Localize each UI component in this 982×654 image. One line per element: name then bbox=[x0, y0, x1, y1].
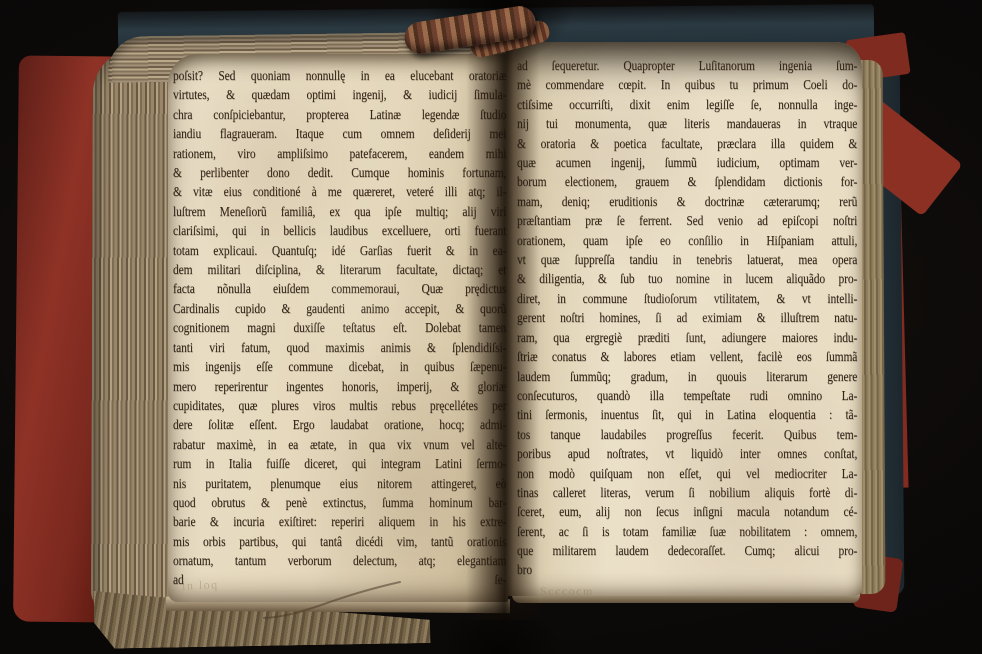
right-page-text: ad ſequeretur. Quapropter Luſitanorum in… bbox=[517, 56, 857, 561]
text-line: quod obrutus & penè extinctus, ſumma hom… bbox=[173, 493, 506, 512]
text-line: diret, in commune ſtudioſorum vtilitatem… bbox=[517, 289, 857, 308]
text-line: nij tui monumenta, quæ literis mandauera… bbox=[517, 114, 857, 133]
text-line: & perlibenter dono dedit. Cumque hominis… bbox=[173, 163, 506, 182]
text-line: vt quæ ſuppreſſa tandiu in tenebris latu… bbox=[517, 250, 857, 269]
text-line: & oratoria & poetica facultate, præclara… bbox=[517, 134, 857, 153]
text-line: nis puritatem, plenumque eius nitorem at… bbox=[173, 474, 506, 493]
text-line: ſceret, eum, alij non ſecus inſigni macu… bbox=[517, 502, 857, 521]
text-line: chra conſpiciebantur, propterea Latinæ l… bbox=[173, 105, 506, 124]
catchword: ad ſe- bbox=[173, 570, 506, 589]
text-line: poſsit? Sed quoniam nonnullę in ea eluce… bbox=[173, 66, 506, 85]
text-line: tos tanque laudabiles progreſſus fecerit… bbox=[517, 425, 857, 444]
text-line: gerent noſtri homines, ſi ad eximiam & i… bbox=[517, 308, 857, 327]
text-line: Cardinalis cupido & gaudenti animo accep… bbox=[173, 299, 506, 318]
faded-stamp: Scccocm bbox=[540, 584, 594, 599]
text-line: quæ acumen ingenij, ſummũ iudicium, opti… bbox=[517, 153, 857, 172]
text-line: & vitæ eius conditioné à me quæreret, ve… bbox=[173, 182, 506, 201]
text-line: rabatur maximè, in ea ætate, in qua vix … bbox=[173, 435, 506, 454]
text-line: iandiu flagraueram. Itaque cum omnem deſ… bbox=[173, 124, 506, 143]
text-line: ram, qua ergregiè præditi ſunt, adiunger… bbox=[517, 328, 857, 347]
text-line: & diligentia, & ſub tuo nomine in lucem … bbox=[517, 269, 857, 288]
text-line: clariſsimi, qui in bellicis laudibus exc… bbox=[173, 221, 506, 240]
text-line: mis ingenijs eſſe commune dicebat, in qu… bbox=[173, 357, 506, 376]
text-line: rationem, viro ampliſsimo patefacerem, e… bbox=[173, 144, 506, 163]
text-line: dem militari diſciplina, & literarum fac… bbox=[173, 260, 506, 279]
text-line: cognitionem magni duxiſſe teſtatus eſt. … bbox=[173, 318, 506, 337]
catchword: bro bbox=[517, 560, 857, 579]
text-line: mam, deniq; eruditionis & doctrinæ cæter… bbox=[517, 192, 857, 211]
text-line: tanti viri fatum, quod maximis animis & … bbox=[173, 338, 506, 357]
text-line: ctiſsime occurriſti, dixit enim legiſſe … bbox=[517, 95, 857, 114]
text-line: totam explicaui. Quantuſq; idé Garſias f… bbox=[173, 241, 506, 260]
text-line: borum electionem, grauem & ſplendidam di… bbox=[517, 172, 857, 191]
text-line: facta nõnulla eiuſdem commemoraui, Quæ p… bbox=[173, 279, 506, 298]
text-line: ad ſequeretur. Quapropter Luſitanorum in… bbox=[517, 56, 857, 75]
book-photo: poſsit? Sed quoniam nonnullę in ea eluce… bbox=[0, 0, 982, 654]
text-line: ornatum, tantum verborum delectum, atq; … bbox=[173, 551, 506, 570]
right-page-catchword-line: bro bbox=[517, 560, 857, 579]
faded-stamp: in loq bbox=[182, 577, 219, 593]
text-line: ſerent, ac ſi is totam familiæ ſuæ nobil… bbox=[517, 522, 857, 541]
text-line: tini ſermonis, inuentus ſit, qui in Lati… bbox=[517, 405, 857, 424]
text-line: virtutes, & quædam optimi ingenij, & iud… bbox=[173, 85, 506, 104]
text-line: cupiditates, quæ plures viros multis reb… bbox=[173, 396, 506, 415]
text-line: rum in Italia fuiſſe diceret, qui integr… bbox=[173, 454, 506, 473]
text-line: dere ſolitæ eſſent. Ergo laudabat oratio… bbox=[173, 415, 506, 434]
left-page-text: poſsit? Sed quoniam nonnullę in ea eluce… bbox=[173, 66, 506, 571]
text-line: barie & incuria exiſtiret: reperiri aliq… bbox=[173, 512, 506, 531]
text-line: mis orbis partibus, qui tantâ dicédi vim… bbox=[173, 532, 506, 551]
text-line: laudem ſummũq; gradum, in quouis literar… bbox=[517, 367, 857, 386]
text-line: ſtriæ conatus & labores etiam vellent, f… bbox=[517, 347, 857, 366]
text-line: que militarem laudem dedecoraſſet. Cumq;… bbox=[517, 541, 857, 560]
text-line: non modò quiſquam non eſſet, qui vel med… bbox=[517, 464, 857, 483]
text-line: poribus apud noſtrates, vt liquidò inter… bbox=[517, 444, 857, 463]
text-line: præſtantiam præ ſe ferrent. Sed venio ad… bbox=[517, 211, 857, 230]
text-line: mè commendare cœpit. In quibus tu primum… bbox=[517, 75, 857, 94]
text-line: tinas calleret literas, verum ſi nobiliu… bbox=[517, 483, 857, 502]
text-line: conſecuturos, quandò illa tempeſtate rud… bbox=[517, 386, 857, 405]
left-page-catchword-line: ad ſe- bbox=[173, 570, 506, 589]
text-line: orationem, quam ipſe eo conſilio in Hiſp… bbox=[517, 231, 857, 250]
text-line: mero reperirentur ingentes honoris, impe… bbox=[173, 377, 506, 396]
text-line: luſtrem Meneſiorũ familiâ, ex qua ipſe m… bbox=[173, 202, 506, 221]
